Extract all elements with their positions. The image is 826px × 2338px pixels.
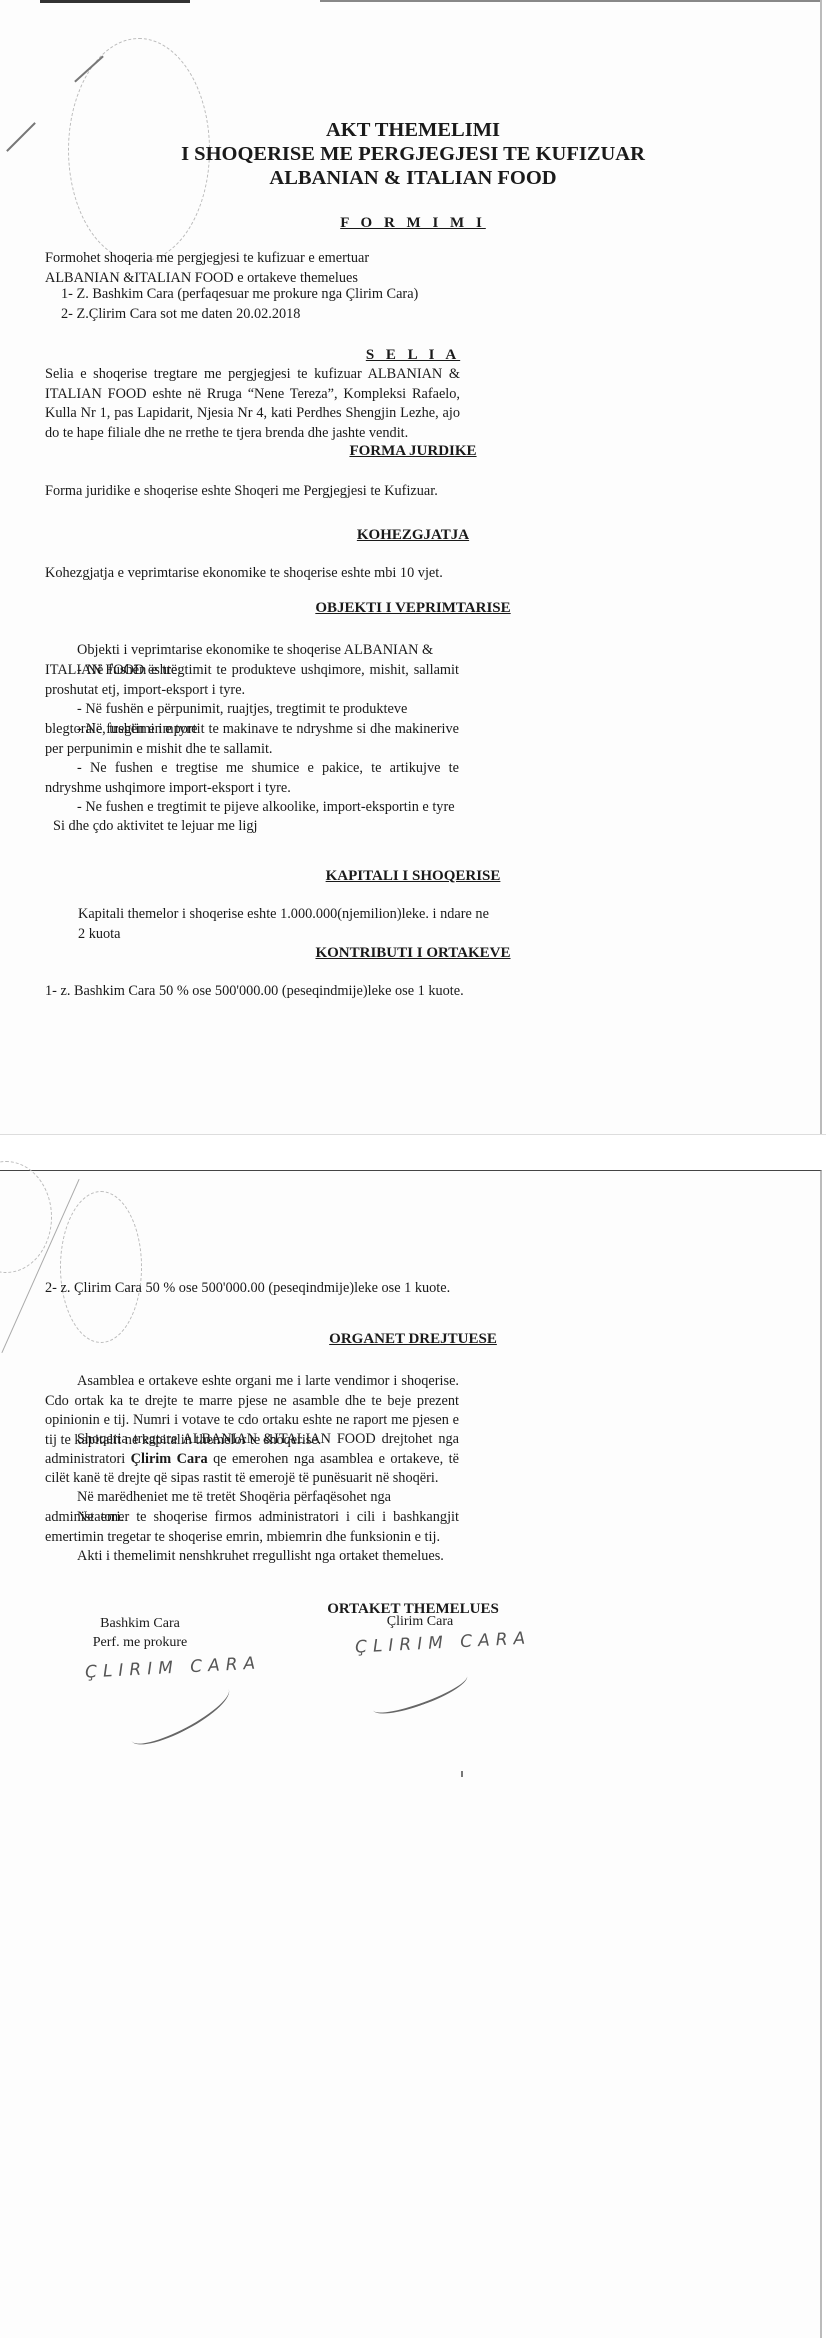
document-page-1: AKT THEMELIMI I SHOQERISE ME PERGJEGJESI… <box>0 0 822 1134</box>
heading-kontributi: KONTRIBUTI I ORTAKEVE <box>0 945 826 962</box>
administrator-name: Çlirim Cara <box>131 1451 208 1467</box>
forma-text: Forma juridike e shoqerise eshte Shoqeri… <box>45 482 459 502</box>
signatory-left-name: Bashkim Cara <box>80 1616 200 1632</box>
signature-left <box>124 1675 236 1755</box>
heading-selia: S E L I A <box>0 347 826 364</box>
organet-p5: Akti i themelimit nenshkruhet rregullish… <box>45 1547 459 1567</box>
official-stamp <box>60 1191 142 1343</box>
selia-text: Selia e shoqerise tregtare me pergjegjes… <box>45 365 460 443</box>
objekti-item-3: - Në fushën e importit te makinave te nd… <box>45 720 459 759</box>
document-title-line-1: AKT THEMELIMI <box>0 118 826 142</box>
objekti-item-5: - Ne fushen e tregtimit te pijeve alkool… <box>45 798 459 818</box>
heading-forma-juridike: FORMA JURDIKE <box>0 443 826 460</box>
objekti-item-1: - Në fushën e tregtimit te produkteve us… <box>45 661 459 700</box>
kontributi-item-1: 1- z. Bashkim Cara 50 % ose 500'000.00 (… <box>45 982 505 1002</box>
pen-mark <box>461 1771 463 1777</box>
signatory-right-name: Çlirim Cara <box>360 1614 480 1630</box>
document-page-2: 2- z. Çlirim Cara 50 % ose 500'000.00 (p… <box>0 1170 822 2338</box>
scan-edge <box>320 0 820 2</box>
heading-formimi: F O R M I M I <box>0 215 826 232</box>
formimi-text: Formohet shoqeria me pergjegjesi te kufi… <box>45 249 445 288</box>
signature-right <box>369 1665 471 1722</box>
document-title-line-2: I SHOQERISE ME PERGJEGJESI TE KUFIZUAR <box>0 142 826 166</box>
organet-p2: Shoqeria tregtare ALBANIAN &ITALIAN FOOD… <box>45 1430 459 1489</box>
organet-p4: Ne emer te shoqerise firmos administrato… <box>45 1508 459 1547</box>
objekti-item-4: - Ne fushen e tregtise me shumice e paki… <box>45 759 459 798</box>
heading-kohezgjatja: KOHEZGJATJA <box>0 527 826 544</box>
objekti-closing: Si dhe çdo aktivitet te lejuar me ligj <box>53 817 467 837</box>
signatory-left-note: Perf. me prokure <box>70 1635 210 1651</box>
handwritten-name-right: ÇLIRIM CARA <box>355 1628 532 1657</box>
founder-item-2: 2- Z.Çlirim Cara sot me daten 20.02.2018 <box>61 306 300 323</box>
founder-item-1: 1- Z. Bashkim Cara (perfaqesuar me proku… <box>61 286 418 303</box>
heading-objekti: OBJEKTI I VEPRIMTARISE <box>0 600 826 617</box>
kontributi-item-2: 2- z. Çlirim Cara 50 % ose 500'000.00 (p… <box>45 1279 505 1299</box>
scan-edge <box>40 0 190 3</box>
heading-organet: ORGANET DREJTUESE <box>0 1331 826 1348</box>
kohezgjatja-text: Kohezgjatja e veprimtarise ekonomike te … <box>45 564 459 584</box>
kapitali-text: Kapitali themelor i shoqerise eshte 1.00… <box>78 905 498 944</box>
document-title-line-3: ALBANIAN & ITALIAN FOOD <box>0 166 826 190</box>
heading-kapitali: KAPITALI I SHOQERISE <box>0 868 826 885</box>
page-separator <box>0 1134 826 1171</box>
handwritten-name-left: ÇLIRIM CARA <box>85 1653 262 1682</box>
